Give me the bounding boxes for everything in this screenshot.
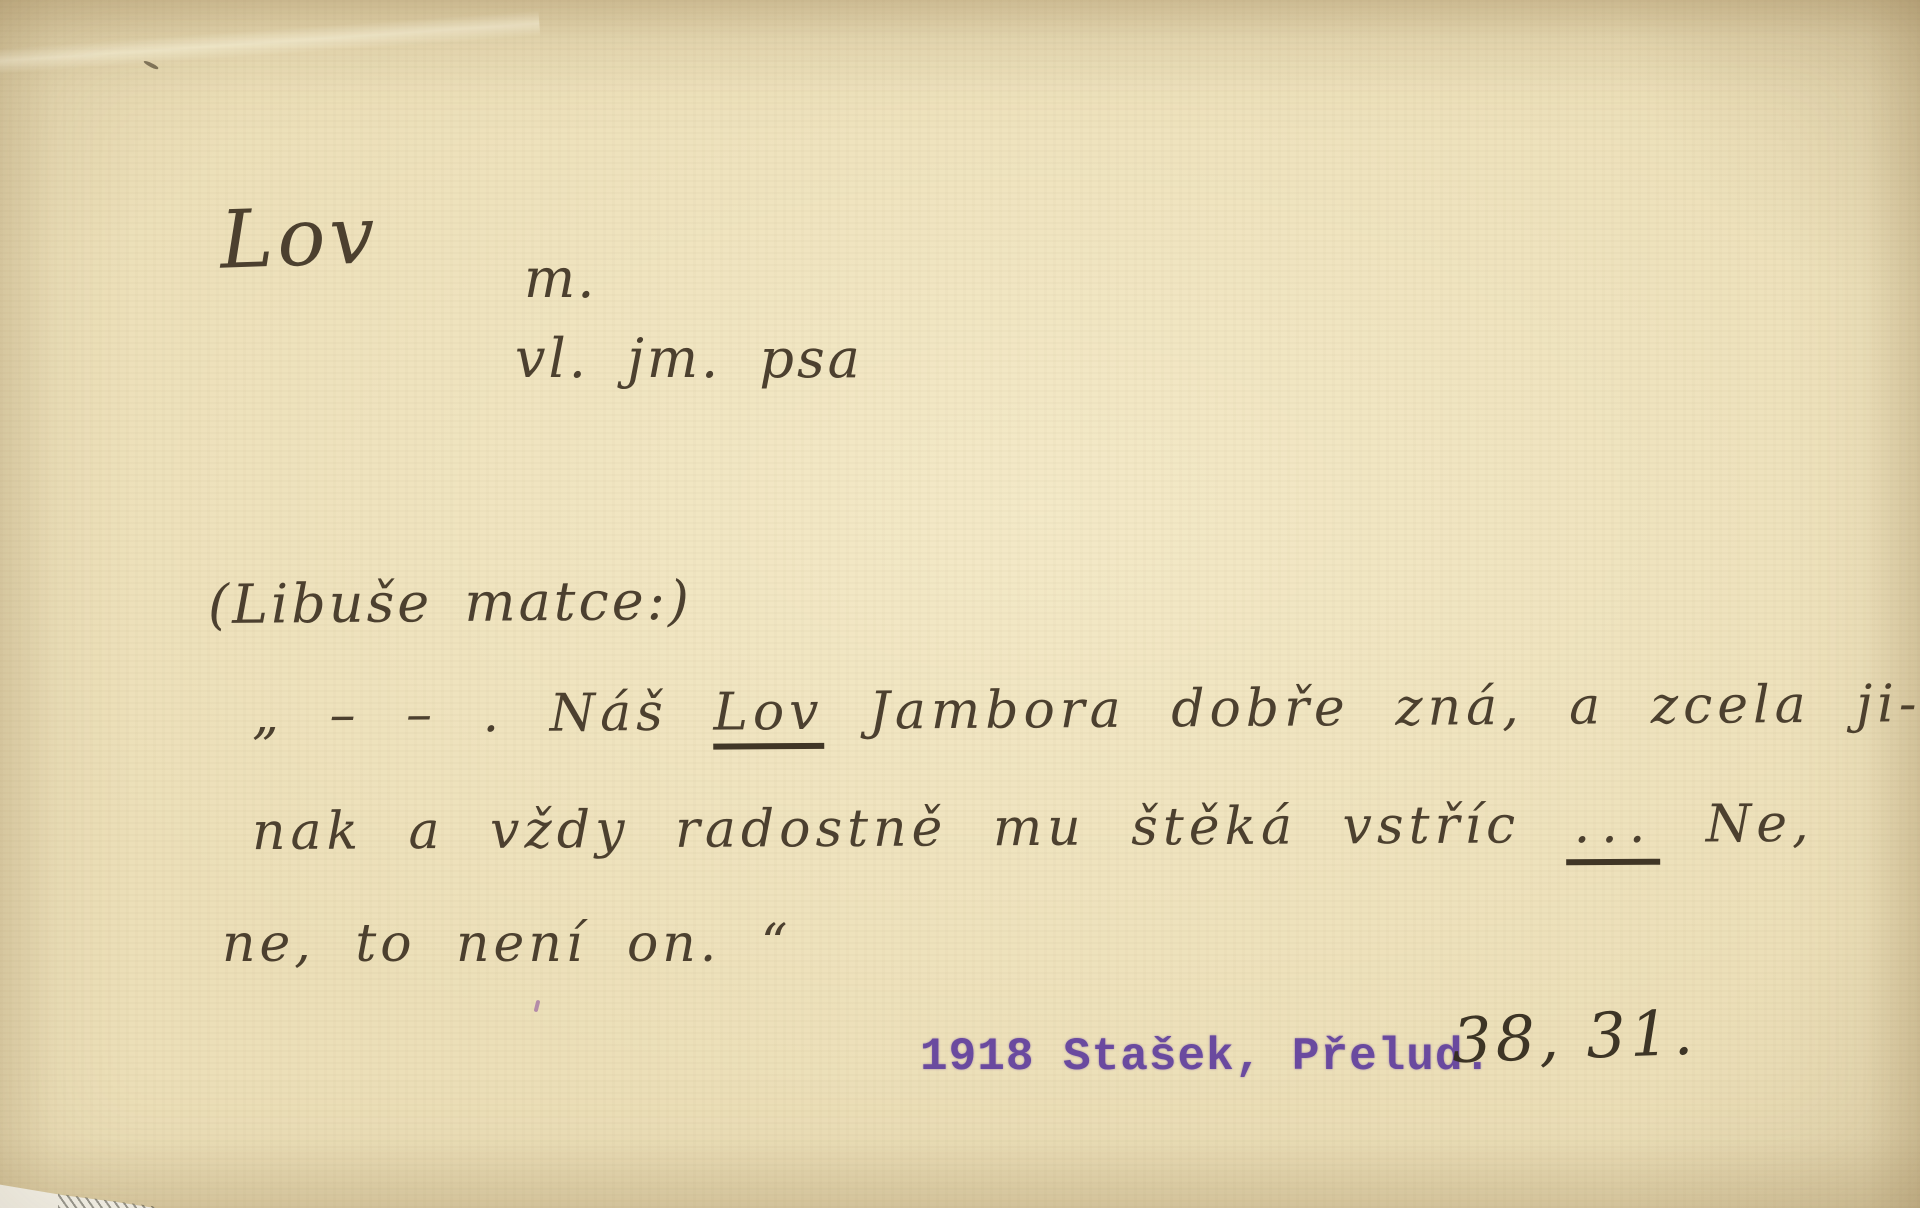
gender-abbreviation: m. — [524, 252, 596, 306]
usage-note: vl. jm. psa — [515, 332, 863, 386]
ink-speck — [534, 1000, 541, 1013]
quote-line-2-underlined-ellipsis: ... — [1566, 795, 1661, 865]
paper-cut-edge-hatching — [58, 1186, 158, 1208]
quote-line-3: ne, to není on. “ — [222, 918, 791, 970]
quote-line-1-underlined-word: Lov — [713, 682, 824, 750]
headword: Lov — [219, 195, 380, 280]
quote-line-1-open: „ – – . Náš — [252, 683, 668, 746]
paper-fold-highlight — [0, 10, 540, 75]
quote-line-2: nak a vždy radostně mu štěká vstříc ... … — [252, 798, 1814, 858]
quote-line-1-rest: Jambora dobře zná, a zcela ji- — [869, 674, 1920, 741]
citation-page-reference: 38, 31. — [1451, 1002, 1698, 1073]
index-card: Lov m. vl. jm. psa (Libuše matce:) „ – –… — [0, 0, 1920, 1208]
ink-speck — [143, 59, 159, 70]
citation-stamp: 1918 Stašek, Přelud. — [920, 1034, 1492, 1080]
quote-line-1: „ – – . Náš Lov Jambora dobře zná, a zce… — [252, 678, 1920, 742]
quote-line-2-pre: nak a vždy radostně mu štěká vstříc — [252, 795, 1520, 862]
quote-line-2-post: Ne, — [1706, 794, 1814, 855]
speaker-note: (Libuše matce:) — [208, 574, 692, 632]
